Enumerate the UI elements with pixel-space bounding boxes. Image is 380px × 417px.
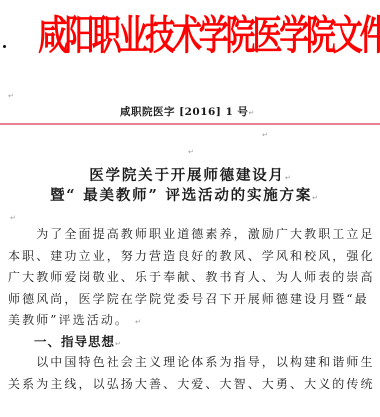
intro-line: 美教师”评选活动。 [8, 313, 129, 327]
paragraph-mark-icon: ↵ [10, 214, 16, 222]
paragraph-mark-icon: ↵ [115, 340, 121, 348]
masthead-title: 咸阳职业技术学院医学院文件↵ [38, 14, 338, 69]
bullet-dot [3, 45, 6, 48]
intro-line: 广大教师爱岗敬业、乐于奉献、教书育人、为人师表的崇高 [8, 267, 374, 289]
section-line: 以中国特色社会主义理论体系为指导，以构建和谐师生 [8, 352, 374, 374]
document-number-text: 咸职院医字 [2016] 1 号 [120, 106, 248, 118]
document-title-line-1: 医学院关于开展师德建设月↵ [0, 164, 380, 185]
intro-line-last: 美教师”评选活动。↵ [8, 310, 374, 334]
title-line-1-text: 医学院关于开展师德建设月 [89, 167, 285, 184]
paragraph-mark-icon: ↵ [312, 194, 318, 202]
paragraph-mark-icon: ↵ [285, 174, 291, 182]
masthead-text: 咸阳职业技术学院医学院文件 [38, 13, 380, 60]
intro-paragraph: 为了全面提高教师职业道德素养，激励广大教职工立足 本职、建功立业，努力营造良好的… [8, 224, 374, 334]
intro-line: 本职、建功立业，努力营造良好的教风、学风和校风，强化 [8, 246, 374, 268]
paragraph-mark-icon: ↵ [262, 131, 268, 139]
intro-line: 为了全面提高教师职业道德素养，激励广大教职工立足 [8, 224, 374, 246]
section-heading-guiding-ideology: 一、指导思想↵ [34, 332, 121, 350]
document-number: 咸职院医字 [2016] 1 号↵ [120, 104, 254, 119]
paragraph-mark-icon: ↵ [188, 148, 194, 156]
document-title-line-2: 暨“ 最美教师” 评选活动的实施方案↵ [0, 184, 374, 205]
red-divider-rule [0, 123, 380, 125]
paragraph-mark-icon: ↵ [135, 318, 141, 326]
section-line: 关系为主线，以弘扬大善、大爱、大智、大勇、大义的传统 [8, 374, 374, 396]
title-line-2-text: 暨“ 最美教师” 评选活动的实施方案 [50, 187, 312, 204]
section-heading-text: 一、指导思想 [34, 334, 115, 349]
paragraph-mark-icon: ↵ [8, 92, 14, 100]
intro-line: 师德风尚，医学院在学院党委号召下开展师德建设月暨“最 [8, 289, 374, 311]
paragraph-mark-icon: ↵ [248, 109, 254, 117]
document-page: 咸阳职业技术学院医学院文件↵ ↵ 咸职院医字 [2016] 1 号↵ ↵ ↵ 医… [0, 0, 380, 417]
section-1-paragraph: 以中国特色社会主义理论体系为指导，以构建和谐师生 关系为主线，以弘扬大善、大爱、… [8, 352, 374, 395]
